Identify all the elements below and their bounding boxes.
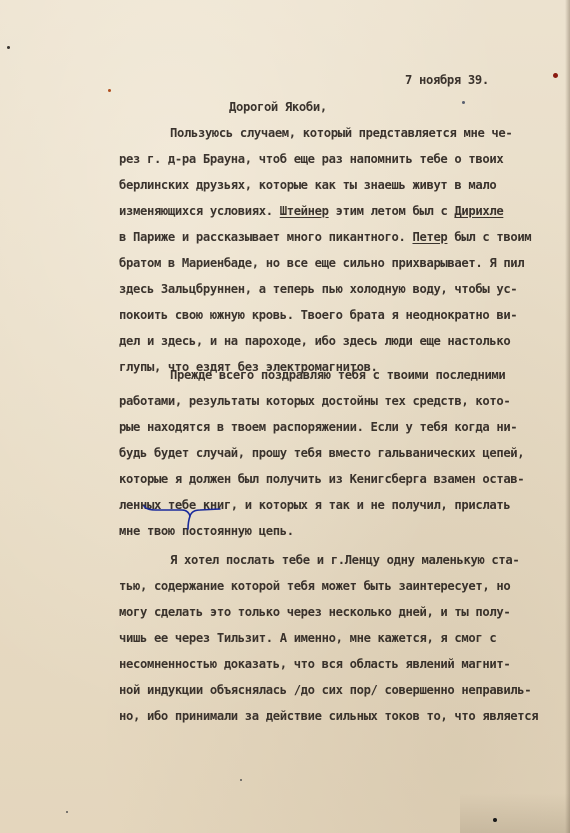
name-dirichlet: Дирихле: [454, 204, 503, 218]
paragraph-1-line: покоить свою южную кровь. Твоего брата я…: [119, 307, 517, 323]
paragraph-1-line: дел и здесь, и на пароходе, ибо здесь лю…: [119, 333, 510, 349]
name-peter: Петер: [412, 230, 447, 244]
paragraph-2-line: Прежде всего поздравляю тебя с твоими по…: [170, 367, 505, 383]
paragraph-1-line: здесь Зальцбруннен, а теперь пью холодну…: [119, 281, 517, 297]
line-text: был с твоим: [447, 230, 531, 244]
paragraph-1-line: берлинских друзьях, которые как ты знаеш…: [119, 177, 496, 193]
paragraph-3-line: но, ибо принимали за действие сильных то…: [119, 708, 538, 724]
paper-speck: [553, 73, 558, 78]
line-text: в Париже и рассказывает много пикантного…: [119, 230, 412, 244]
paragraph-2-line: мне твою постоянную цепь.: [119, 523, 294, 539]
paragraph-1-line: изменяющихся условиях. Штейнер этим лето…: [119, 203, 503, 219]
letter-salutation: Дорогой Якоби,: [229, 99, 327, 115]
paper-speck: [7, 46, 10, 49]
paragraph-3-line: несомненностью доказать, что вся область…: [119, 656, 510, 672]
paragraph-3-line: тью, содержание которой тебя может быть …: [119, 578, 510, 594]
paragraph-2-line: которые я должен был получить из Кенигсб…: [119, 471, 524, 487]
paper-speck: [240, 779, 242, 781]
paragraph-2-line: рые находятся в твоем распоряжении. Если…: [119, 419, 517, 435]
line-text: изменяющихся условиях.: [119, 204, 280, 218]
paragraph-2-line: работами, результаты которых достойны те…: [119, 393, 510, 409]
paragraph-3-line: ной индукции объяснялась /до сих пор/ со…: [119, 682, 531, 698]
paper-speck: [66, 811, 68, 813]
line-text: этим летом был с: [329, 204, 455, 218]
paragraph-3-line: Я хотел послать тебе и г.Ленцу одну мале…: [170, 552, 519, 568]
paper-shadow: [460, 793, 570, 833]
paper-speck: [108, 89, 111, 92]
paragraph-1-line: Пользуюсь случаем, который представляетс…: [170, 125, 512, 141]
document-page: 7 ноября 39. Дорогой Якоби, Пользуюсь сл…: [0, 0, 570, 833]
paper-speck: [493, 818, 497, 822]
name-steiner: Штейнер: [280, 204, 329, 218]
paper-edge: [565, 0, 570, 833]
paragraph-3-line: чишь ее через Тильзит. А именно, мне каж…: [119, 630, 496, 646]
paper-speck: [462, 101, 465, 104]
paragraph-2-line: ленных тебе книг, и которых я так и не п…: [119, 497, 510, 513]
paragraph-1-line: в Париже и рассказывает много пикантного…: [119, 229, 531, 245]
letter-date: 7 ноября 39.: [405, 72, 489, 88]
paragraph-1-line: рез г. д-ра Брауна, чтоб еще раз напомни…: [119, 151, 503, 167]
paragraph-2-line: будь будет случай, прошу тебя вместо гал…: [119, 445, 524, 461]
paragraph-1-line: братом в Мариенбаде, но все еще сильно п…: [119, 255, 524, 271]
paragraph-3-line: могу сделать это только через несколько …: [119, 604, 510, 620]
